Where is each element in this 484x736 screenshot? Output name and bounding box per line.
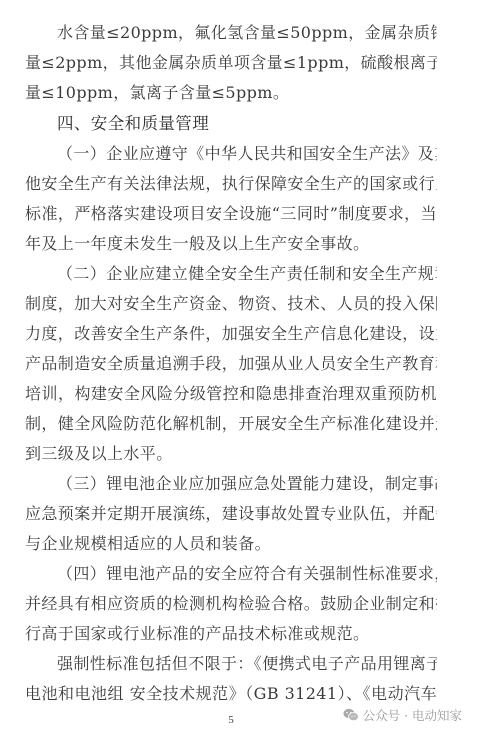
text-line: 力度，改善安全生产条件，加强安全生产信息化建设，设立 xyxy=(25,319,437,349)
paragraph-2: （二）企业应建立健全安全生产责任制和安全生产规章 制度，加大对安全生产资金、物资… xyxy=(25,259,437,469)
text-line: （四）锂电池产品的安全应符合有关强制性标准要求， xyxy=(25,559,437,589)
text-line: 他安全生产有关法律法规，执行保障安全生产的国家或行业 xyxy=(25,169,437,199)
paragraph-1: （一）企业应遵守《中华人民共和国安全生产法》及其 他安全生产有关法律法规，执行保… xyxy=(25,139,437,259)
watermark: 公众号 · 电动知家 xyxy=(343,706,462,724)
text-line: 量≤10ppm，氯离子含量≤5ppm。 xyxy=(25,78,437,108)
text-line: 水含量≤20ppm，氟化氢含量≤50ppm，金属杂质钠含 xyxy=(25,18,437,48)
text-line: 并经具有相应资质的检测机构检验合格。鼓励企业制定和执 xyxy=(25,589,437,619)
text-line: 标准，严格落实建设项目安全设施“三同时”制度要求，当 xyxy=(25,199,437,229)
text-line: 到三级及以上水平。 xyxy=(25,439,437,469)
text-line: 量≤2ppm，其他金属杂质单项含量≤1ppm，硫酸根离子含 xyxy=(25,48,437,78)
wechat-icon xyxy=(343,708,359,722)
text-line: 培训，构建安全风险分级管控和隐患排查治理双重预防机 xyxy=(25,379,437,409)
text-line: 年及上一年度未发生一般及以上生产安全事故。 xyxy=(25,229,437,259)
section-heading: 四、安全和质量管理 xyxy=(25,108,437,139)
text-line: 应急预案并定期开展演练，建设事故处置专业队伍，并配备 xyxy=(25,499,437,529)
text-line: （一）企业应遵守《中华人民共和国安全生产法》及其 xyxy=(25,139,437,169)
text-line: （二）企业应建立健全安全生产责任制和安全生产规章 xyxy=(25,259,437,289)
text-line: 强制性标准包括但不限于：《便携式电子产品用锂离子 xyxy=(25,649,437,679)
watermark-text: 公众号 · 电动知家 xyxy=(363,706,462,724)
text-line: 电池和电池组 安全技术规范》（GB 31241）、《电动汽车 xyxy=(25,679,437,709)
document-page: 水含量≤20ppm，氟化氢含量≤50ppm，金属杂质钠含 量≤2ppm，其他金属… xyxy=(25,18,437,709)
text-line: （三）锂电池企业应加强应急处置能力建设，制定事故 xyxy=(25,469,437,499)
paragraph-4: （四）锂电池产品的安全应符合有关强制性标准要求， 并经具有相应资质的检测机构检验… xyxy=(25,559,437,649)
text-line: 与企业规模相适应的人员和装备。 xyxy=(25,529,437,559)
text-line: 制，健全风险防范化解机制，开展安全生产标准化建设并达 xyxy=(25,409,437,439)
text-line: 产品制造安全质量追溯手段，加强从业人员安全生产教育和 xyxy=(25,349,437,379)
text-line: 制度，加大对安全生产资金、物资、技术、人员的投入保障 xyxy=(25,289,437,319)
paragraph-3: （三）锂电池企业应加强应急处置能力建设，制定事故 应急预案并定期开展演练，建设事… xyxy=(25,469,437,559)
paragraph-5: 强制性标准包括但不限于：《便携式电子产品用锂离子 电池和电池组 安全技术规范》（… xyxy=(25,649,437,709)
text-line: 行高于国家或行业标准的产品技术标准或规范。 xyxy=(25,619,437,649)
